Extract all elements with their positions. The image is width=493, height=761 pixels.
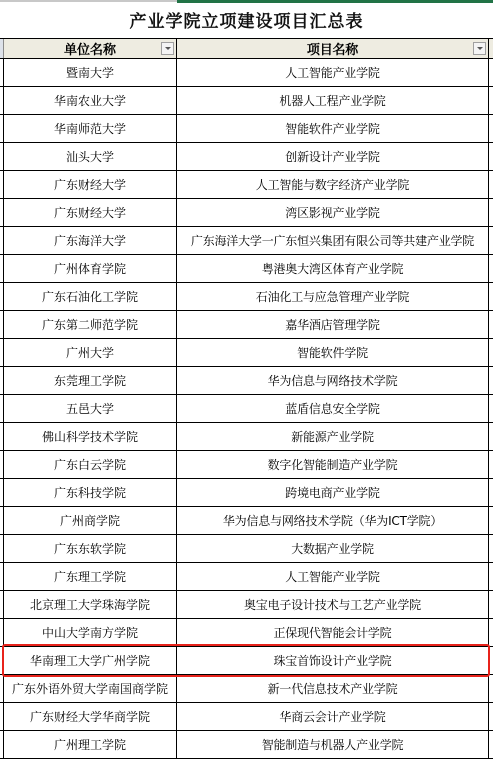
top-border [0,0,177,2]
cell-project[interactable]: 大数据产业学院 [177,535,489,562]
cell-unit[interactable]: 广州体育学院 [4,255,177,282]
cell-project[interactable]: 蓝盾信息安全学院 [177,395,489,422]
table-row: 华南师范大学智能软件产业学院 [0,115,493,143]
cell-project[interactable]: 嘉华酒店管理学院 [177,311,489,338]
cell-unit[interactable]: 广东财经大学 [4,199,177,226]
cell-project[interactable]: 珠宝首饰设计产业学院 [177,647,489,674]
cell-project[interactable]: 华为信息与网络技术学院 [177,367,489,394]
cell-project[interactable]: 人工智能产业学院 [177,563,489,590]
cell-project[interactable]: 广东海洋大学一广东恒兴集团有限公司等共建产业学院 [177,227,489,254]
cell-unit[interactable]: 五邑大学 [4,395,177,422]
cell-unit[interactable]: 佛山科学技术学院 [4,423,177,450]
cell-unit[interactable]: 广东石油化工学院 [4,283,177,310]
cell-unit[interactable]: 广东海洋大学 [4,227,177,254]
table-row: 华南理工大学广州学院珠宝首饰设计产业学院 [0,647,493,675]
cell-unit[interactable]: 广东财经大学华商学院 [4,703,177,730]
cell-unit[interactable]: 东莞理工学院 [4,367,177,394]
table-row: 五邑大学蓝盾信息安全学院 [0,395,493,423]
cell-unit[interactable]: 广东白云学院 [4,451,177,478]
spreadsheet-table: 单位名称 项目名称 暨南大学人工智能产业学院华南农业大学机器人工程产业学院华南师… [0,38,493,759]
filter-dropdown-icon[interactable] [473,42,486,55]
column-header-unit[interactable]: 单位名称 [4,39,177,58]
table-row: 暨南大学人工智能产业学院 [0,59,493,87]
table-row: 佛山科学技术学院新能源产业学院 [0,423,493,451]
cell-project[interactable]: 智能制造与机器人产业学院 [177,731,489,758]
cell-unit[interactable]: 华南师范大学 [4,115,177,142]
cell-project[interactable]: 人工智能产业学院 [177,59,489,86]
table-row: 广州大学智能软件学院 [0,339,493,367]
table-row: 广东财经大学人工智能与数字经济产业学院 [0,171,493,199]
cell-project[interactable]: 湾区影视产业学院 [177,199,489,226]
table-body: 暨南大学人工智能产业学院华南农业大学机器人工程产业学院华南师范大学智能软件产业学… [0,59,493,759]
cell-unit[interactable]: 广东科技学院 [4,479,177,506]
cell-unit[interactable]: 广东第二师范学院 [4,311,177,338]
filter-dropdown-icon[interactable] [161,42,174,55]
cell-unit[interactable]: 广东理工学院 [4,563,177,590]
table-row: 北京理工大学珠海学院奥宝电子设计技术与工艺产业学院 [0,591,493,619]
table-row: 广州体育学院粤港奥大湾区体育产业学院 [0,255,493,283]
table-row: 汕头大学创新设计产业学院 [0,143,493,171]
table-row: 广东理工学院人工智能产业学院 [0,563,493,591]
cell-project[interactable]: 创新设计产业学院 [177,143,489,170]
cell-unit[interactable]: 广州理工学院 [4,731,177,758]
table-row: 广东东软学院大数据产业学院 [0,535,493,563]
table-row: 华南农业大学机器人工程产业学院 [0,87,493,115]
cell-unit[interactable]: 华南理工大学广州学院 [4,647,177,674]
cell-project[interactable]: 智能软件产业学院 [177,115,489,142]
table-row: 广州理工学院智能制造与机器人产业学院 [0,731,493,759]
table-row: 广州商学院华为信息与网络技术学院（华为ICT学院） [0,507,493,535]
cell-unit[interactable]: 广州商学院 [4,507,177,534]
cell-unit[interactable]: 广州大学 [4,339,177,366]
table-row: 广东财经大学华商学院华商云会计产业学院 [0,703,493,731]
cell-project[interactable]: 机器人工程产业学院 [177,87,489,114]
column-header-unit-label: 单位名称 [64,39,116,58]
header-row: 单位名称 项目名称 [0,38,493,59]
cell-unit[interactable]: 中山大学南方学院 [4,619,177,646]
cell-unit[interactable]: 广东外语外贸大学南国商学院 [4,675,177,702]
column-header-project[interactable]: 项目名称 [177,39,489,58]
cell-project[interactable]: 跨境电商产业学院 [177,479,489,506]
cell-unit[interactable]: 汕头大学 [4,143,177,170]
cell-project[interactable]: 石油化工与应急管理产业学院 [177,283,489,310]
table-row: 广东外语外贸大学南国商学院新一代信息技术产业学院 [0,675,493,703]
table-row: 广东海洋大学广东海洋大学一广东恒兴集团有限公司等共建产业学院 [0,227,493,255]
cell-project[interactable]: 粤港奥大湾区体育产业学院 [177,255,489,282]
table-row: 广东科技学院跨境电商产业学院 [0,479,493,507]
cell-project[interactable]: 智能软件学院 [177,339,489,366]
cell-unit[interactable]: 暨南大学 [4,59,177,86]
cell-project[interactable]: 数字化智能制造产业学院 [177,451,489,478]
cell-unit[interactable]: 北京理工大学珠海学院 [4,591,177,618]
table-row: 广东白云学院数字化智能制造产业学院 [0,451,493,479]
sheet-top-bar [0,0,493,3]
table-title: 产业学院立项建设项目汇总表 [0,8,493,36]
table-row: 中山大学南方学院正保现代智能会计学院 [0,619,493,647]
table-row: 广东第二师范学院嘉华酒店管理学院 [0,311,493,339]
cell-unit[interactable]: 华南农业大学 [4,87,177,114]
cell-project[interactable]: 华商云会计产业学院 [177,703,489,730]
cell-project[interactable]: 正保现代智能会计学院 [177,619,489,646]
active-selection-indicator [177,0,493,3]
column-header-project-label: 项目名称 [307,39,358,58]
table-row: 东莞理工学院华为信息与网络技术学院 [0,367,493,395]
cell-project[interactable]: 新能源产业学院 [177,423,489,450]
cell-project[interactable]: 人工智能与数字经济产业学院 [177,171,489,198]
cell-project[interactable]: 新一代信息技术产业学院 [177,675,489,702]
cell-project[interactable]: 华为信息与网络技术学院（华为ICT学院） [177,507,489,534]
cell-unit[interactable]: 广东财经大学 [4,171,177,198]
table-row: 广东石油化工学院石油化工与应急管理产业学院 [0,283,493,311]
cell-project[interactable]: 奥宝电子设计技术与工艺产业学院 [177,591,489,618]
cell-unit[interactable]: 广东东软学院 [4,535,177,562]
table-row: 广东财经大学湾区影视产业学院 [0,199,493,227]
